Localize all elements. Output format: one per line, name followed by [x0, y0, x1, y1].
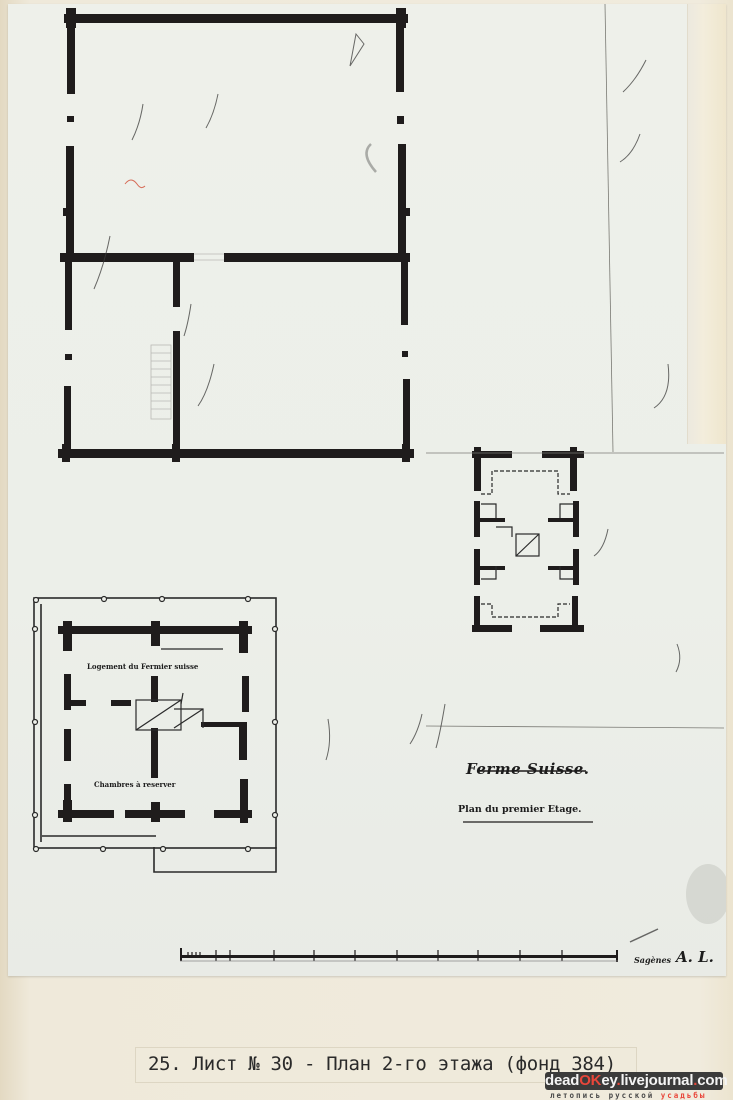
upper-large-plan [58, 8, 414, 462]
watermark-accent: OK [579, 1072, 601, 1089]
watermark-tld: com [697, 1072, 727, 1089]
floor-plans-drawing [8, 4, 726, 976]
drawing-subtitle: Plan du premier Etage. [458, 804, 581, 815]
scale-unit-label: Sagènes [634, 955, 671, 965]
lower-left-plan [33, 597, 278, 873]
drawing-photograph: Logement du Fermier suisse Chambres à re… [8, 4, 726, 976]
watermark-badge: deadOKey.livejournal.com [545, 1072, 723, 1090]
watermark-tagline-accent: усадьбы [661, 1091, 707, 1100]
watermark-tagline-main: летопись русской [550, 1091, 661, 1100]
room-label-reserved-rooms: Chambres à reserver [94, 780, 175, 789]
album-page: Logement du Fermier suisse Chambres à re… [0, 0, 733, 1100]
scale-bar [180, 948, 618, 962]
architect-signature: A. L. [676, 948, 714, 966]
room-label-farmer-lodging: Logement du Fermier suisse [87, 662, 198, 671]
drawing-title: Ferme Suisse. [466, 760, 590, 778]
watermark-domain: livejournal [620, 1072, 693, 1089]
watermark-tagline: летопись русской усадьбы [550, 1091, 725, 1100]
watermark-prefix: dead [545, 1072, 579, 1089]
watermark-mid: ey [601, 1072, 616, 1089]
